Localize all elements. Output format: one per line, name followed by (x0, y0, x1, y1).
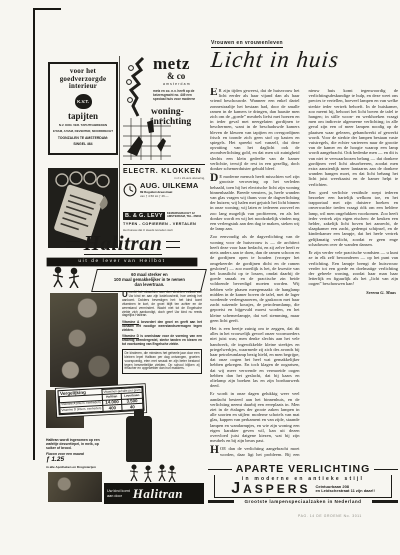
halitran-footer-text: Uw kind komt aan door (104, 489, 133, 498)
halitran-logo-row: Halitran (42, 232, 204, 256)
newspaper-page: voor het goedverzorgde interieur K.V.T. … (0, 0, 400, 555)
halitran-brand: Halitran (84, 233, 163, 255)
levy-name: B. & G. LEVY (123, 212, 165, 220)
article-signature: Serena G. Maas (309, 290, 399, 295)
kvt-logo-icon: K.V.T. (75, 94, 92, 109)
jaspers-rule-left (208, 469, 232, 470)
halitran-photo-collage (50, 293, 118, 387)
halitran-usage-text: Halitran wordt ingenomen op een wafeltje… (46, 438, 102, 450)
article-body: ER zijn tijden geweest, dat de huisvrouw… (210, 88, 398, 460)
metz-grid-illustration (123, 118, 171, 160)
ad-electr-klokken: ELECTR. KLOKKEN in 2 x 24-uurs uitvoerin… (123, 164, 205, 208)
klokken-subtitle: in 2 x 24-uurs uitvoering, (123, 176, 205, 180)
metz-brand: metz (153, 56, 190, 71)
jaspers-bar-right (372, 500, 398, 504)
jaspers-box: in moderne en antieke stijl JASPERS Cein… (214, 475, 392, 498)
halitran-intro: U merkt het misschien aan den slechten e… (122, 291, 202, 318)
article-paragraph: Er wordt in onze dagen gelukkig weer vee… (210, 391, 300, 443)
halitran-price: ƒ 1.25 (46, 456, 102, 463)
halitran-children-icon (50, 266, 86, 288)
metz-body-text: metz en co. n.v. heeft op de keizersgrac… (153, 90, 203, 101)
klokken-name: AUG. UILKEMA (140, 181, 199, 190)
klokken-title: ELECTR. KLOKKEN (123, 168, 205, 175)
article-paragraph: Een goed verlichte vestibule roept ieder… (309, 190, 399, 247)
levy-services: TYPEN - COPIEEREN - VERTALEN (123, 222, 205, 226)
article-title: Licht in huis (210, 47, 341, 73)
halitran-claim-line3: dan levertraan. (95, 282, 203, 287)
halitran-vitamine-d: Vitamine D is onmisbaar voor de vorming … (122, 335, 202, 347)
halitran-body-text: U merkt het misschien aan den slechten e… (122, 291, 202, 376)
halitran-comparison-table: Vergelijking Vitaminen-gehalte per gram … (57, 386, 144, 415)
article-paragraph: ER zijn tijden geweest, dat de huisvrouw… (210, 88, 300, 171)
kvt-showroom: TOONZALEN TE AMSTERDAM: (50, 136, 116, 140)
table-row2-halitran: 400 (103, 405, 122, 411)
jaspers-rule-right (374, 469, 398, 470)
kvt-product: tapijten (50, 111, 116, 121)
jaspers-title: APARTE VERLICHTING (236, 463, 370, 475)
page-footer: PAG. 14 DE GROENE No. 3011 (298, 514, 362, 518)
kvt-slogan-line3: interieur (50, 83, 116, 91)
ad-jaspers-verlichting: APARTE VERLICHTING in moderne en antieke… (208, 463, 398, 508)
scan-edge-vertical (33, 8, 35, 460)
jaspers-address: Ceintuurbaan 208 en Leidschestraat 11 zi… (315, 485, 374, 495)
halitran-usage: Halitran wordt ingenomen op een wafeltje… (46, 438, 102, 469)
jaspers-name: JASPERS (231, 483, 310, 495)
article-paragraph: Zoo eenvoudig als de dagverlichting van … (210, 234, 300, 322)
halitran-ornament-left (66, 241, 80, 248)
column-rule (119, 56, 120, 246)
halitran-dancing-kids-icon (128, 464, 176, 482)
halitran-photo-child (48, 472, 102, 502)
halitran-ornament-right (166, 241, 180, 248)
halitran-bottle-image (126, 416, 152, 462)
ad-kvt-tapijten: voor het goedverzorgde interieur K.V.T. … (48, 62, 118, 155)
article-paragraph: Het is een beetje zuinig om te zeggen, d… (210, 326, 300, 388)
halitran-footer-banner: Uw kind komt aan door Halitran (104, 483, 204, 504)
kvt-company: N.V. KON. VER. TAPIJTFABRIEKEN (50, 124, 116, 128)
ad-metz-co: metz & co amsterdam metz en co. n.v. hee… (123, 56, 205, 160)
article-paragraph: DE moderne mensch heeft misschien wel zi… (210, 174, 300, 231)
jaspers-bar-left (208, 500, 234, 504)
klokken-price: van ƒ 4.50 tot ƒ 46.— (140, 194, 199, 198)
metz-brand-co: & co (167, 71, 185, 81)
halitran-footer-brand: Halitran (133, 486, 183, 502)
halitran-claim-box: 60 maal sterker en 100 maal gemakkelijke… (91, 269, 207, 292)
levy-address: KEIZERSGRACHT 12 AMSTERDAM, TEL. 36604 (167, 212, 201, 219)
jaspers-slogan: Grootste lampenspeciaalzaken in Nederlan… (234, 499, 372, 504)
clock-icon (123, 183, 137, 197)
metz-city: amsterdam (163, 82, 191, 86)
article-paragraph: Er zijn verder vele practische vondsten … (309, 250, 399, 286)
halitran-availability: in alle Apotheken en Drogisterijen (46, 465, 102, 469)
halitran-vitamine-a: Vitamine A bevordert den groei en geeft … (122, 321, 202, 333)
halitran-boxed-text: De kinderen, die minstens het geheele ja… (122, 349, 202, 374)
kvt-cities: E'DAM, A'DAM, DEVENTER, MOORDRECHT (50, 130, 116, 134)
kvt-showroom-address: SINGEL 464 (50, 142, 116, 146)
scan-edge-horizontal (33, 8, 61, 10)
metz-branch-illustration (123, 56, 151, 118)
table-row2-label: Vitamine D (intern. eenheden) (60, 406, 103, 414)
